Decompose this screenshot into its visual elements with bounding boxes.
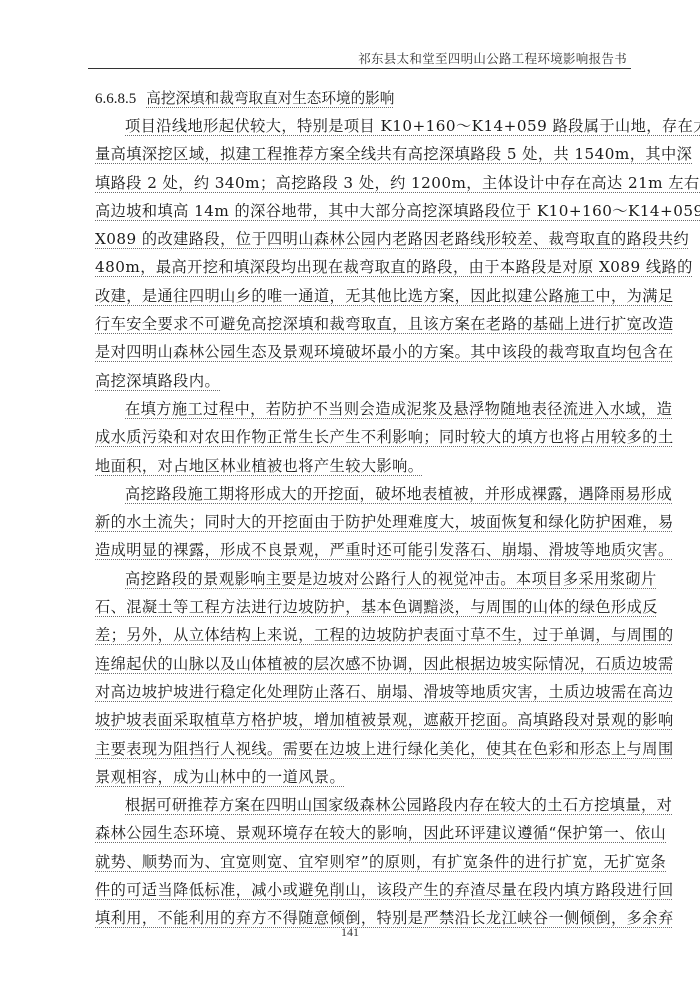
text-line: 高挖深填路段内。 <box>95 367 625 395</box>
text-line-content: 就势、顺势而为、宜宽则宽、宜窄则窄”的原则，有扩宽条件的进行扩宽，无扩宽条 <box>95 853 666 871</box>
text-line: 填路段 2 处，约 340m；高挖路段 3 处，约 1200m，主体设计中存在高… <box>95 169 625 197</box>
text-line-content: 高挖深填路段内。 <box>95 372 220 390</box>
text-line-content: 石、混凝土等工程方法进行边坡防护，基本色调黯淡，与周围的山体的绿色形成反 <box>95 598 658 616</box>
text-line: 造成明显的裸露，形成不良景观，严重时还可能引发落石、崩塌、滑坡等地质灾害。 <box>95 536 625 564</box>
text-line-content: 成水质污染和对农田作物正常生长产生不利影响；同时较大的填方也将占用较多的土 <box>95 428 674 446</box>
page-number: 141 <box>0 925 700 940</box>
text-line-content: 量高填深挖区域，拟建工程推荐方案全线共有高挖深填路段 5 处，共 1540m，其… <box>95 145 692 163</box>
text-line-content: 高挖路段的景观影响主要是边坡对公路行人的视觉冲击。本项目多采用浆砌片 <box>125 570 657 588</box>
text-line: 森林公园生态环境、景观环境存在较大的影响，因此环评建议遵循“保护第一、依山 <box>95 819 625 847</box>
text-line: X089 的改建路段，位于四明山森林公园内老路因老路线形较差、裁弯取直的路段共约 <box>95 225 625 253</box>
section-number: 6.6.8.5 <box>95 91 136 107</box>
text-line-content: X089 的改建路段，位于四明山森林公园内老路因老路线形较差、裁弯取直的路段共约 <box>95 230 689 248</box>
text-line: 坡护坡表面采取植草方格护坡，增加植被景观，遮蔽开挖面。高填路段对景观的影响 <box>95 706 625 734</box>
text-line-content: 项目沿线地形起伏较大，特别是项目 K10+160～K14+059 路段属于山地，… <box>125 117 700 135</box>
text-line: 地面积，对占地区林业植被也将产生较大影响。 <box>95 452 625 480</box>
document-title: 祁东县太和堂至四明山公路工程环境影响报告书 <box>358 49 627 67</box>
text-line-content: 地面积，对占地区林业植被也将产生较大影响。 <box>95 457 423 475</box>
text-line-content: 主要表现为阻挡行人视线。需要在边坡上进行绿化美化，使其在色彩和形态上与周围 <box>95 740 674 758</box>
text-line: 景观相容，成为山林中的一道风景。 <box>95 763 625 791</box>
text-line: 在填方施工过程中，若防护不当则会造成泥浆及悬浮物随地表径流进入水域，造 <box>95 395 625 423</box>
text-line-content: 连绵起伏的山脉以及山体植被的层次感不协调，因此根据边坡实际情况，石质边坡需 <box>95 655 674 673</box>
text-line: 根据可研推荐方案在四明山国家级森林公园路段内存在较大的土石方挖填量，对 <box>95 791 625 819</box>
page-body: 6.6.8.5高挖深填和裁弯取直对生态环境的影响 项目沿线地形起伏较大，特别是项… <box>95 86 625 933</box>
text-line: 石、混凝土等工程方法进行边坡防护，基本色调黯淡，与周围的山体的绿色形成反 <box>95 593 625 621</box>
text-line-content: 景观相容，成为山林中的一道风景。 <box>95 768 345 786</box>
text-line: 就势、顺势而为、宜宽则宽、宜窄则窄”的原则，有扩宽条件的进行扩宽，无扩宽条 <box>95 848 625 876</box>
text-line-content: 是对四明山森林公园生态及景观环境破坏最小的方案。其中该段的裁弯取直均包含在 <box>95 343 674 361</box>
text-line: 高挖路段施工期将形成大的开挖面，破坏地表植被，并形成裸露，遇降雨易形成 <box>95 480 625 508</box>
text-line: 成水质污染和对农田作物正常生长产生不利影响；同时较大的填方也将占用较多的土 <box>95 423 625 451</box>
text-line: 差；另外，从立体结构上来说，工程的边坡防护表面寸草不生，过于单调，与周围的 <box>95 621 625 649</box>
section-heading: 6.6.8.5高挖深填和裁弯取直对生态环境的影响 <box>95 86 625 112</box>
section-title: 高挖深填和裁弯取直对生态环境的影响 <box>146 90 394 107</box>
running-header: 祁东县太和堂至四明山公路工程环境影响报告书 <box>88 48 631 69</box>
text-line-content: 填路段 2 处，约 340m；高挖路段 3 处，约 1200m，主体设计中存在高… <box>95 174 700 192</box>
text-line: 件的可适当降低标准，减小或避免削山，该段产生的弃渣尽量在段内填方路段进行回 <box>95 876 625 904</box>
text-line: 是对四明山森林公园生态及景观环境破坏最小的方案。其中该段的裁弯取直均包含在 <box>95 338 625 366</box>
text-line: 主要表现为阻挡行人视线。需要在边坡上进行绿化美化，使其在色彩和形态上与周围 <box>95 735 625 763</box>
text-line-content: 高挖路段施工期将形成大的开挖面，破坏地表植被，并形成裸露，遇降雨易形成 <box>125 485 672 503</box>
text-line-content: 根据可研推荐方案在四明山国家级森林公园路段内存在较大的土石方挖填量，对 <box>125 796 672 814</box>
text-line-content: 480m，最高开挖和填深段均出现在裁弯取直的路段，由于本路段是对原 X089 线… <box>95 258 693 276</box>
text-line-content: 行车安全要求不可避免高挖深填和裁弯取直，且该方案在老路的基础上进行扩宽改造 <box>95 315 674 333</box>
text-line-content: 高边坡和填高 14m 的深谷地带，其中大部分高挖深填路段位于 K10+160～K… <box>95 202 700 220</box>
text-line: 量高填深挖区域，拟建工程推荐方案全线共有高挖深填路段 5 处，共 1540m，其… <box>95 140 625 168</box>
text-line: 新的水土流失；同时大的开挖面由于防护处理难度大，坡面恢复和绿化防护困难，易 <box>95 508 625 536</box>
text-line: 项目沿线地形起伏较大，特别是项目 K10+160～K14+059 路段属于山地，… <box>95 112 625 140</box>
text-line-content: 森林公园生态环境、景观环境存在较大的影响，因此环评建议遵循“保护第一、依山 <box>95 824 666 842</box>
text-line: 480m，最高开挖和填深段均出现在裁弯取直的路段，由于本路段是对原 X089 线… <box>95 253 625 281</box>
text-line-content: 新的水土流失；同时大的开挖面由于防护处理难度大，坡面恢复和绿化防护困难，易 <box>95 513 674 531</box>
text-line: 高挖路段的景观影响主要是边坡对公路行人的视觉冲击。本项目多采用浆砌片 <box>95 565 625 593</box>
text-line: 高边坡和填高 14m 的深谷地带，其中大部分高挖深填路段位于 K10+160～K… <box>95 197 625 225</box>
text-line-content: 对高边坡护坡进行稳定化处理防止落石、崩塌、滑坡等地质灾害，土质边坡需在高边 <box>95 683 674 701</box>
text-line-content: 在填方施工过程中，若防护不当则会造成泥浆及悬浮物随地表径流进入水域，造 <box>125 400 672 418</box>
text-line-content: 造成明显的裸露，形成不良景观，严重时还可能引发落石、崩塌、滑坡等地质灾害。 <box>95 541 674 559</box>
text-line-content: 改建，是通往四明山乡的唯一通道，无其他比选方案，因此拟建公路施工中，为满足 <box>95 287 674 305</box>
text-line: 连绵起伏的山脉以及山体植被的层次感不协调，因此根据边坡实际情况，石质边坡需 <box>95 650 625 678</box>
text-line-content: 差；另外，从立体结构上来说，工程的边坡防护表面寸草不生，过于单调，与周围的 <box>95 626 674 644</box>
text-line: 行车安全要求不可避免高挖深填和裁弯取直，且该方案在老路的基础上进行扩宽改造 <box>95 310 625 338</box>
text-line-content: 坡护坡表面采取植草方格护坡，增加植被景观，遮蔽开挖面。高填路段对景观的影响 <box>95 711 674 729</box>
body-text: 项目沿线地形起伏较大，特别是项目 K10+160～K14+059 路段属于山地，… <box>95 112 625 933</box>
text-line: 对高边坡护坡进行稳定化处理防止落石、崩塌、滑坡等地质灾害，土质边坡需在高边 <box>95 678 625 706</box>
text-line: 改建，是通往四明山乡的唯一通道，无其他比选方案，因此拟建公路施工中，为满足 <box>95 282 625 310</box>
text-line-content: 件的可适当降低标准，减小或避免削山，该段产生的弃渣尽量在段内填方路段进行回 <box>95 881 674 899</box>
